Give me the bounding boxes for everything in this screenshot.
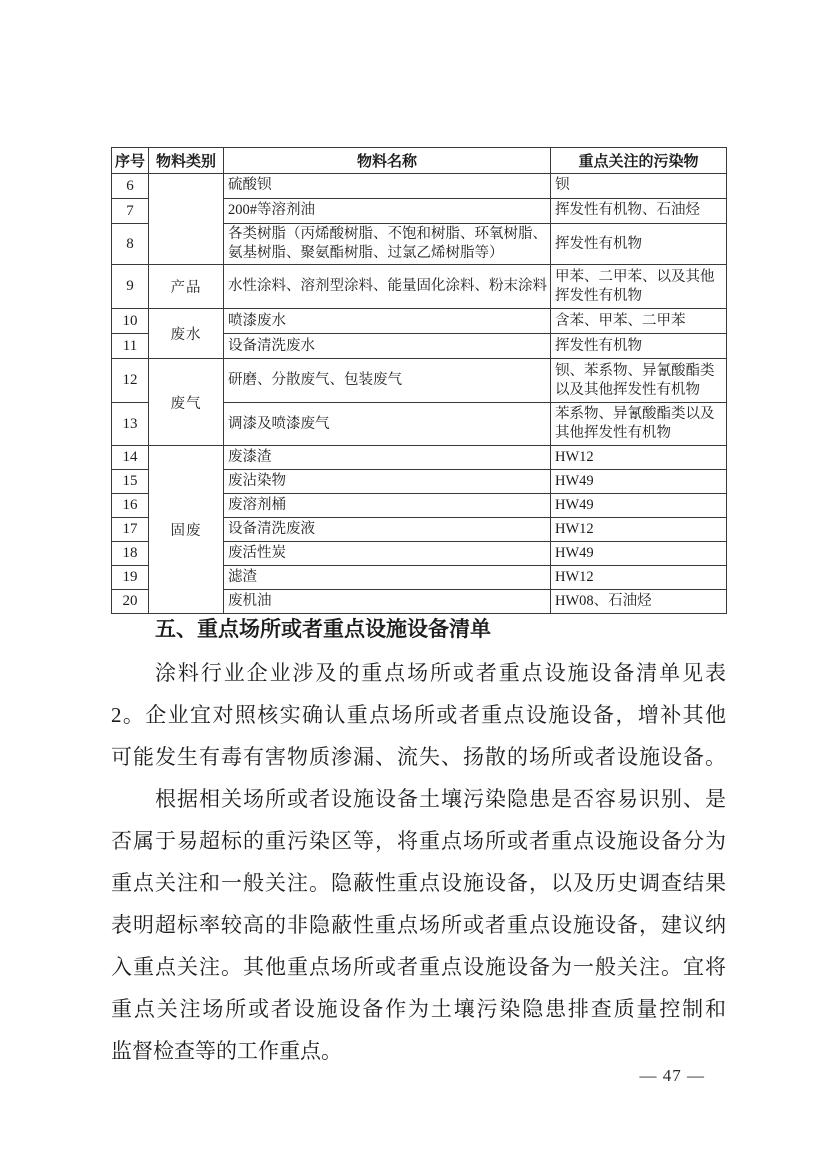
paragraph-line: 2。企业宜对照核实确认重点场所或者重点设施设备，增补其他	[111, 694, 726, 736]
material-name-cell: 滤渣	[224, 566, 551, 590]
row-no: 15	[112, 470, 149, 494]
pollutant-cell: 含苯、甲苯、二甲苯	[551, 309, 727, 334]
section-five: 五、重点场所或者重点设施设备清单 涂料行业企业涉及的重点场所或者重点设施设备清单…	[111, 608, 726, 1072]
table-header-row: 序号 物料类别 物料名称 重点关注的污染物	[112, 148, 727, 174]
row-no: 9	[112, 265, 149, 309]
paragraph-line: 否属于易超标的重污染区等，将重点场所或者重点设施设备分为	[111, 820, 726, 862]
row-no: 14	[112, 446, 149, 470]
row-no: 6	[112, 174, 149, 199]
pollutant-cell: 挥发性有机物、石油烃	[551, 199, 727, 224]
row-no: 13	[112, 403, 149, 446]
pollutant-cell: HW12	[551, 446, 727, 470]
row-no: 11	[112, 334, 149, 359]
row-no: 16	[112, 494, 149, 518]
row-no: 10	[112, 309, 149, 334]
pollutant-cell: 挥发性有机物	[551, 224, 727, 265]
material-name-cell: 硫酸钡	[224, 174, 551, 199]
pollutant-cell: 苯系物、异氰酸酯类以及其他挥发性有机物	[551, 403, 727, 446]
section-heading: 五、重点场所或者重点设施设备清单	[111, 608, 726, 652]
material-name-cell: 设备清洗废液	[224, 518, 551, 542]
col-header-pollutant: 重点关注的污染物	[551, 148, 727, 174]
pollutant-cell: HW12	[551, 518, 727, 542]
pollutant-cell: 甲苯、二甲苯、以及其他挥发性有机物	[551, 265, 727, 309]
pollutant-cell: HW12	[551, 566, 727, 590]
row-no: 8	[112, 224, 149, 265]
materials-pollutants-table: 序号 物料类别 物料名称 重点关注的污染物 6 硫酸钡 钡 7 200#等溶剂油…	[111, 147, 727, 614]
category-cell-wastewater: 废水	[149, 309, 224, 359]
material-name-cell: 废溶剂桶	[224, 494, 551, 518]
paragraph-line: 根据相关场所或者设施设备土壤污染隐患是否容易识别、是	[111, 778, 726, 820]
paragraph-line: 重点关注和一般关注。隐蔽性重点设施设备，以及历史调查结果	[111, 862, 726, 904]
material-name-cell: 废沾染物	[224, 470, 551, 494]
material-name-cell: 废漆渣	[224, 446, 551, 470]
table-row: 9 产品 水性涂料、溶剂型涂料、能量固化涂料、粉末涂料 甲苯、二甲苯、以及其他挥…	[112, 265, 727, 309]
paragraph-line: 可能发生有毒有害物质渗漏、流失、扬散的场所或者设施设备。	[111, 736, 726, 778]
category-cell-wastegas: 废气	[149, 359, 224, 446]
col-header-no: 序号	[112, 148, 149, 174]
category-cell-product: 产品	[149, 265, 224, 309]
category-cell-solidwaste: 固废	[149, 446, 224, 614]
paragraph-line: 表明超标率较高的非隐蔽性重点场所或者重点设施设备，建议纳	[111, 904, 726, 946]
row-no: 19	[112, 566, 149, 590]
col-header-category: 物料类别	[149, 148, 224, 174]
material-name-cell: 200#等溶剂油	[224, 199, 551, 224]
pollutant-cell: HW49	[551, 494, 727, 518]
row-no: 7	[112, 199, 149, 224]
pollutant-cell: 钡、苯系物、异氰酸酯类以及其他挥发性有机物	[551, 359, 727, 403]
row-no: 18	[112, 542, 149, 566]
pollutant-cell: HW49	[551, 470, 727, 494]
row-no: 12	[112, 359, 149, 403]
paragraph-line: 监督检查等的工作重点。	[111, 1030, 726, 1072]
col-header-material-name: 物料名称	[224, 148, 551, 174]
material-name-cell: 设备清洗废水	[224, 334, 551, 359]
material-name-cell: 各类树脂（丙烯酸树脂、不饱和树脂、环氧树脂、氨基树脂、聚氨酯树脂、过氯乙烯树脂等…	[224, 224, 551, 265]
table-row: 14 固废 废漆渣 HW12	[112, 446, 727, 470]
category-cell-blank	[149, 174, 224, 265]
row-no: 17	[112, 518, 149, 542]
material-name-cell: 研磨、分散废气、包装废气	[224, 359, 551, 403]
paragraph-line: 涂料行业企业涉及的重点场所或者重点设施设备清单见表	[111, 652, 726, 694]
page-number: — 47 —	[640, 1064, 706, 1088]
material-name-cell: 调漆及喷漆废气	[224, 403, 551, 446]
pollutant-cell: 钡	[551, 174, 727, 199]
material-name-cell: 废活性炭	[224, 542, 551, 566]
paragraph-line: 重点关注场所或者设施设备作为土壤污染隐患排查质量控制和	[111, 988, 726, 1030]
table-row: 10 废水 喷漆废水 含苯、甲苯、二甲苯	[112, 309, 727, 334]
pollutant-cell: 挥发性有机物	[551, 334, 727, 359]
material-name-cell: 水性涂料、溶剂型涂料、能量固化涂料、粉末涂料	[224, 265, 551, 309]
pollutant-cell: HW49	[551, 542, 727, 566]
paragraph-line: 入重点关注。其他重点场所或者重点设施设备为一般关注。宜将	[111, 946, 726, 988]
table-row: 12 废气 研磨、分散废气、包装废气 钡、苯系物、异氰酸酯类以及其他挥发性有机物	[112, 359, 727, 403]
material-name-cell: 喷漆废水	[224, 309, 551, 334]
table-row: 6 硫酸钡 钡	[112, 174, 727, 199]
